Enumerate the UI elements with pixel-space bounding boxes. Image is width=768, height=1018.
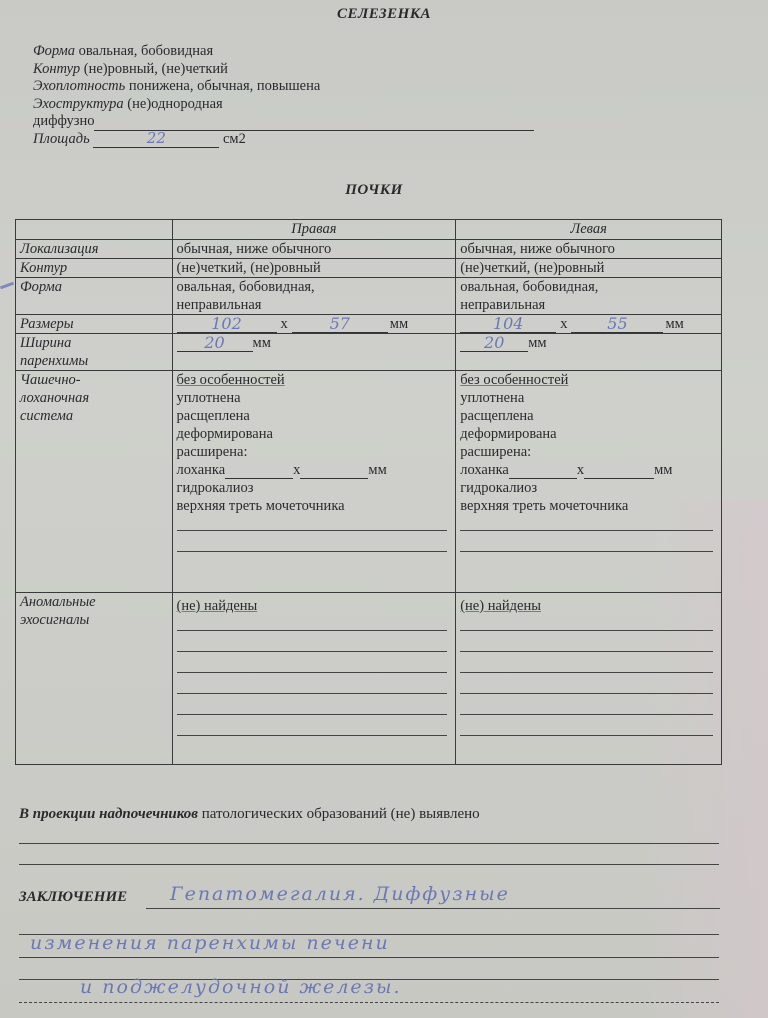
anomalous-label-line2: эхосигналы (20, 611, 168, 629)
left-localization: обычная, ниже обычного (456, 240, 722, 259)
left-pelvis-unit: мм (654, 461, 672, 479)
right-size-length-field[interactable]: 102 (177, 317, 277, 333)
left-anomalous-blank-5[interactable] (460, 703, 713, 715)
right-size-separator: х (281, 315, 288, 333)
header-left-kidney: Левая (456, 220, 722, 240)
right-pelvis-sep: х (293, 461, 300, 479)
right-pcs-blank-1[interactable] (177, 519, 448, 531)
conclusion-line-1[interactable] (146, 908, 720, 909)
kidneys-table: Правая Левая Локализация обычная, ниже о… (15, 219, 722, 765)
spleen-shape-label: Форма (33, 43, 75, 59)
left-size-length-field[interactable]: 104 (460, 317, 556, 333)
right-anomalous: (не) найдены (172, 593, 456, 765)
spleen-shape-options: овальная, бобовидная (75, 43, 213, 59)
right-pcs-option-dilated: расширена: (177, 443, 452, 461)
spleen-echodensity-label: Эхоплотность (33, 78, 125, 94)
anomalous-label-line1: Аномальные (20, 593, 168, 611)
left-parenchyma: 20 мм (456, 334, 722, 371)
left-pcs-blank-1[interactable] (460, 519, 713, 531)
right-size-length: 102 (211, 315, 242, 333)
right-pcs-option-compacted: уплотнена (177, 389, 452, 407)
spleen-section: Форма овальная, бобовидная Контур (не)ро… (33, 43, 534, 148)
right-parenchyma-value: 20 (204, 334, 224, 352)
right-anomalous-blank-1[interactable] (177, 619, 448, 631)
left-shape-line1: овальная, бобовидная, (460, 278, 717, 296)
spleen-area-label: Площадь (33, 131, 90, 147)
left-anomalous-blank-4[interactable] (460, 682, 713, 694)
spleen-diffuse-row: диффузно (33, 113, 534, 131)
spleen-echostructure-label: Эхоструктура (33, 96, 124, 112)
right-anomalous-blank-3[interactable] (177, 661, 448, 673)
right-contour: (не)четкий, (не)ровный (172, 259, 456, 278)
left-anomalous: (не) найдены (456, 593, 722, 765)
parenchyma-label-line2: паренхимы (20, 352, 168, 370)
table-row-parenchyma: Ширина паренхимы 20 мм 20 мм (16, 334, 722, 371)
left-pcs-option-compacted: уплотнена (460, 389, 717, 407)
left-pcs-blank-2[interactable] (460, 540, 713, 552)
right-size-width: 57 (330, 315, 350, 333)
contour-label: Контур (16, 259, 173, 278)
right-size-unit: мм (390, 315, 408, 333)
table-row-shape: Форма овальная, бобовидная, неправильная… (16, 278, 722, 315)
right-parenchyma-unit: мм (253, 334, 271, 352)
adrenal-statement: В проекции надпочечников патологических … (19, 806, 480, 823)
spleen-echodensity-options: понижена, обычная, повышена (125, 78, 320, 94)
table-row-anomalous: Аномальные эхосигналы (не) найдены (не) … (16, 593, 722, 765)
adrenal-blank-1[interactable] (19, 843, 719, 844)
header-right-kidney: Правая (172, 220, 456, 240)
right-shape: овальная, бобовидная, неправильная (172, 278, 456, 315)
left-size-width-field[interactable]: 55 (571, 317, 663, 333)
right-anomalous-value: (не) найдены (177, 597, 452, 615)
left-contour: (не)четкий, (не)ровный (456, 259, 722, 278)
spleen-contour-label: Контур (33, 61, 80, 77)
spleen-echodensity-row: Эхоплотность понижена, обычная, повышена (33, 78, 534, 96)
spleen-echostructure-options: (не)однородная (124, 96, 223, 112)
right-pcs-hydrocalycosis: гидрокалиоз (177, 479, 452, 497)
kidneys-title: ПОЧКИ (0, 182, 758, 199)
conclusion-line-3[interactable] (19, 957, 719, 958)
left-anomalous-blank-3[interactable] (460, 661, 713, 673)
left-anomalous-blank-2[interactable] (460, 640, 713, 652)
right-anomalous-blank-2[interactable] (177, 640, 448, 652)
spleen-echostructure-row: Эхоструктура (не)однородная (33, 96, 534, 114)
table-row-size: Размеры 102 х 57 мм 104 х 55 мм (16, 315, 722, 334)
right-pcs-option-normal: без особенностей (177, 371, 452, 389)
right-size: 102 х 57 мм (172, 315, 456, 334)
right-anomalous-blank-5[interactable] (177, 703, 448, 715)
conclusion-label: ЗАКЛЮЧЕНИЕ (19, 889, 127, 906)
pcs-label-line1: Чашечно- (20, 371, 168, 389)
left-pcs-option-split: расщеплена (460, 407, 717, 425)
conclusion-text-3: и поджелудочной железы. (80, 976, 402, 998)
localization-label: Локализация (16, 240, 173, 259)
conclusion-line-5[interactable] (19, 1002, 719, 1003)
shape-label: Форма (16, 278, 173, 315)
left-shape: овальная, бобовидная, неправильная (456, 278, 722, 315)
header-empty (16, 220, 173, 240)
right-pcs: без особенностей уплотнена расщеплена де… (172, 371, 456, 593)
adrenal-label: В проекции надпочечников (19, 806, 198, 822)
left-size-width: 55 (607, 315, 627, 333)
spleen-area-unit: см2 (223, 131, 246, 147)
spleen-shape-row: Форма овальная, бобовидная (33, 43, 534, 61)
left-shape-line2: неправильная (460, 296, 717, 314)
left-pelvis-length-field[interactable] (509, 465, 577, 479)
size-label: Размеры (16, 315, 173, 334)
spleen-title: СЕЛЕЗЕНКА (0, 6, 768, 23)
right-localization: обычная, ниже обычного (172, 240, 456, 259)
left-parenchyma-value: 20 (484, 334, 504, 352)
left-pcs-upper-ureter: верхняя треть мочеточника (460, 497, 717, 515)
right-anomalous-blank-6[interactable] (177, 724, 448, 736)
left-pcs-option-normal: без особенностей (460, 371, 717, 389)
spleen-area-row: Площадь 22 см2 (33, 131, 534, 149)
right-pcs-blank-2[interactable] (177, 540, 448, 552)
right-pcs-option-split: расщеплена (177, 407, 452, 425)
left-anomalous-blank-1[interactable] (460, 619, 713, 631)
pcs-label: Чашечно- лоханочная система (16, 371, 173, 593)
right-pelvis-label: лоханка (177, 461, 226, 479)
anomalous-label: Аномальные эхосигналы (16, 593, 173, 765)
spleen-contour-options: (не)ровный, (не)четкий (80, 61, 228, 77)
adrenal-blank-2[interactable] (19, 864, 719, 865)
spleen-contour-row: Контур (не)ровный, (не)четкий (33, 61, 534, 79)
right-shape-line2: неправильная (177, 296, 452, 314)
parenchyma-label: Ширина паренхимы (16, 334, 173, 371)
left-parenchyma-field[interactable]: 20 (460, 336, 528, 352)
adrenal-text: патологических образований (не) выявлено (198, 806, 480, 822)
left-pcs-option-deformed: деформирована (460, 425, 717, 443)
right-parenchyma-field[interactable]: 20 (177, 336, 253, 352)
right-pelvis-width-field[interactable] (300, 465, 368, 479)
left-pcs-option-dilated: расширена: (460, 443, 717, 461)
table-row-pcs: Чашечно- лоханочная система без особенно… (16, 371, 722, 593)
left-pelvis-sep: х (577, 461, 584, 479)
right-anomalous-blank-4[interactable] (177, 682, 448, 694)
left-anomalous-value: (не) найдены (460, 597, 717, 615)
left-pcs-hydrocalycosis: гидрокалиоз (460, 479, 717, 497)
right-size-width-field[interactable]: 57 (292, 317, 388, 333)
pen-mark (0, 282, 14, 290)
left-pelvis-label: лоханка (460, 461, 509, 479)
right-pcs-upper-ureter: верхняя треть мочеточника (177, 497, 452, 515)
left-pcs: без особенностей уплотнена расщеплена де… (456, 371, 722, 593)
left-size: 104 х 55 мм (456, 315, 722, 334)
right-pelvis-length-field[interactable] (225, 465, 293, 479)
left-pelvis-width-field[interactable] (584, 465, 654, 479)
right-parenchyma: 20 мм (172, 334, 456, 371)
left-size-length: 104 (493, 315, 524, 333)
conclusion-text-2: изменения паренхимы печени (30, 932, 390, 954)
table-header-row: Правая Левая (16, 220, 722, 240)
conclusion-text-1: Гепатомегалия. Диффузные (170, 883, 510, 905)
left-anomalous-blank-6[interactable] (460, 724, 713, 736)
left-size-separator: х (560, 315, 567, 333)
scanned-form-page: СЕЛЕЗЕНКА Форма овальная, бобовидная Кон… (0, 0, 768, 1018)
spleen-area-value: 22 (147, 130, 166, 148)
pcs-label-line3: система (20, 407, 168, 425)
table-row-contour: Контур (не)четкий, (не)ровный (не)четкий… (16, 259, 722, 278)
table-row-localization: Локализация обычная, ниже обычного обычн… (16, 240, 722, 259)
left-size-unit: мм (665, 315, 683, 333)
spleen-diffuse-label: диффузно (33, 113, 94, 129)
pcs-label-line2: лоханочная (20, 389, 168, 407)
parenchyma-label-line1: Ширина (20, 334, 168, 352)
right-pelvis-unit: мм (368, 461, 386, 479)
left-parenchyma-unit: мм (528, 334, 546, 352)
right-shape-line1: овальная, бобовидная, (177, 278, 452, 296)
spleen-area-field[interactable]: 22 (93, 134, 219, 148)
right-pcs-option-deformed: деформирована (177, 425, 452, 443)
